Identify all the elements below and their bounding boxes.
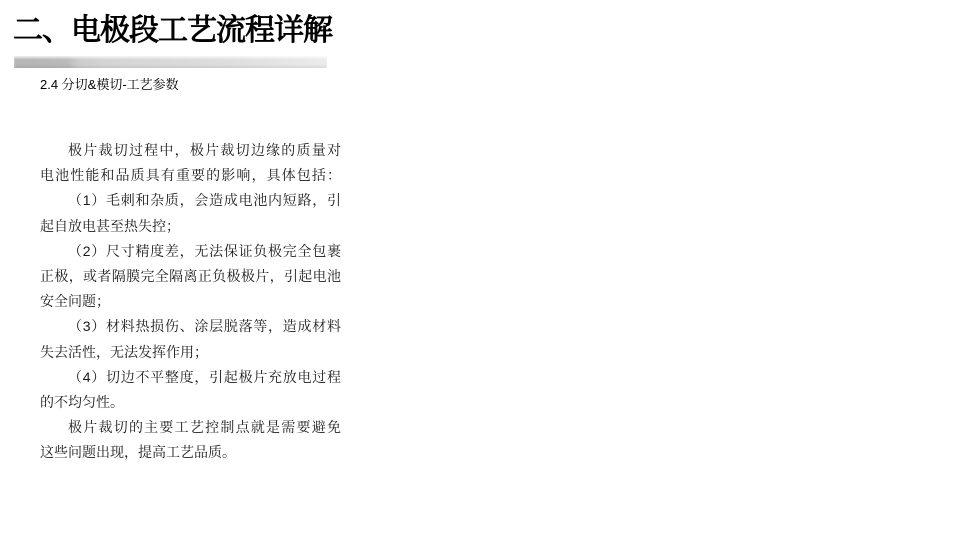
title-underline-bar: [14, 56, 327, 68]
body-line: 起自放电甚至热失控；: [40, 214, 341, 239]
body-line: 的不均匀性。: [40, 390, 341, 415]
slide: 二、电极段工艺流程详解 2.4 分切&模切-工艺参数 极片裁切过程中，极片裁切边…: [0, 0, 960, 540]
slide-title: 二、电极段工艺流程详解: [13, 12, 332, 50]
body-line: 电池性能和品质具有重要的影响，具体包括：: [40, 163, 341, 188]
body-line: （4）切边不平整度，引起极片充放电过程: [40, 365, 341, 390]
body-line: （1）毛刺和杂质，会造成电池内短路，引: [40, 188, 341, 213]
body-line: 安全问题；: [40, 289, 341, 314]
body-line: （2）尺寸精度差，无法保证负极完全包裹: [40, 239, 341, 264]
body-line: 失去活性，无法发挥作用；: [40, 340, 341, 365]
body-text-block: 极片裁切过程中，极片裁切边缘的质量对电池性能和品质具有重要的影响，具体包括：（1…: [40, 138, 341, 465]
body-line: 这些问题出现，提高工艺品质。: [40, 440, 341, 465]
body-line: 极片裁切过程中，极片裁切边缘的质量对: [40, 138, 341, 163]
body-line: 极片裁切的主要工艺控制点就是需要避免: [40, 415, 341, 440]
body-line: （3）材料热损伤、涂层脱落等，造成材料: [40, 314, 341, 339]
slide-subtitle: 2.4 分切&模切-工艺参数: [40, 77, 179, 93]
body-line: 正极，或者隔膜完全隔离正负极极片，引起电池: [40, 264, 341, 289]
